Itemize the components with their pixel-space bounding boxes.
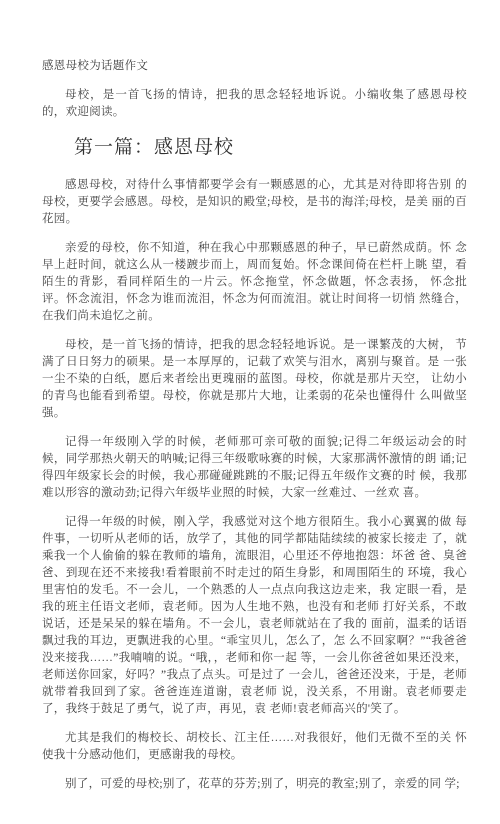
document-page: 感恩母校为话题作文 母校，是一首飞扬的情诗，把我的思念轻轻地诉说。小编收集了感恩… bbox=[0, 0, 500, 824]
doc-title: 感恩母校为话题作文 bbox=[42, 58, 467, 75]
paragraph: 记得一年级刚入学的时候，老师那可亲可敬的面貌;记得二年级运动会的时 候，同学那热… bbox=[42, 434, 467, 502]
paragraph: 记得一年级的时候，刚入学，我感觉对这个地方很陌生。我小心翼翼的做 每件事，一切听… bbox=[42, 514, 467, 718]
paragraph: 尤其是我们的梅校长、胡校长、江主任……对我很好，他们无微不至的关 怀使我十分感动… bbox=[42, 730, 467, 764]
intro-paragraph: 母校，是一首飞扬的情诗，把我的思念轻轻地诉说。小编收集了感恩母校 的，欢迎阅读。 bbox=[42, 87, 467, 121]
document-body: 感恩母校，对待什么事情都要学会有一颗感恩的心，尤其是对待即将告别 的母校，更要学… bbox=[42, 177, 467, 793]
paragraph: 别了，可爱的母校;别了，花草的芬芳;别了，明亮的教室;别了，亲爱的同 学; bbox=[42, 776, 467, 793]
paragraph: 母校，是一首飞扬的情诗，把我的思念轻轻地诉说。是一课繁茂的大树， 节满了日日努力… bbox=[42, 337, 467, 422]
section-heading: 第一篇：感恩母校 bbox=[42, 135, 467, 161]
paragraph: 亲爱的母校，你不知道，种在我心中那颗感恩的种子，早已蔚然成荫。怀 念早上赶时间，… bbox=[42, 240, 467, 325]
paragraph: 感恩母校，对待什么事情都要学会有一颗感恩的心，尤其是对待即将告别 的母校，更要学… bbox=[42, 177, 467, 228]
